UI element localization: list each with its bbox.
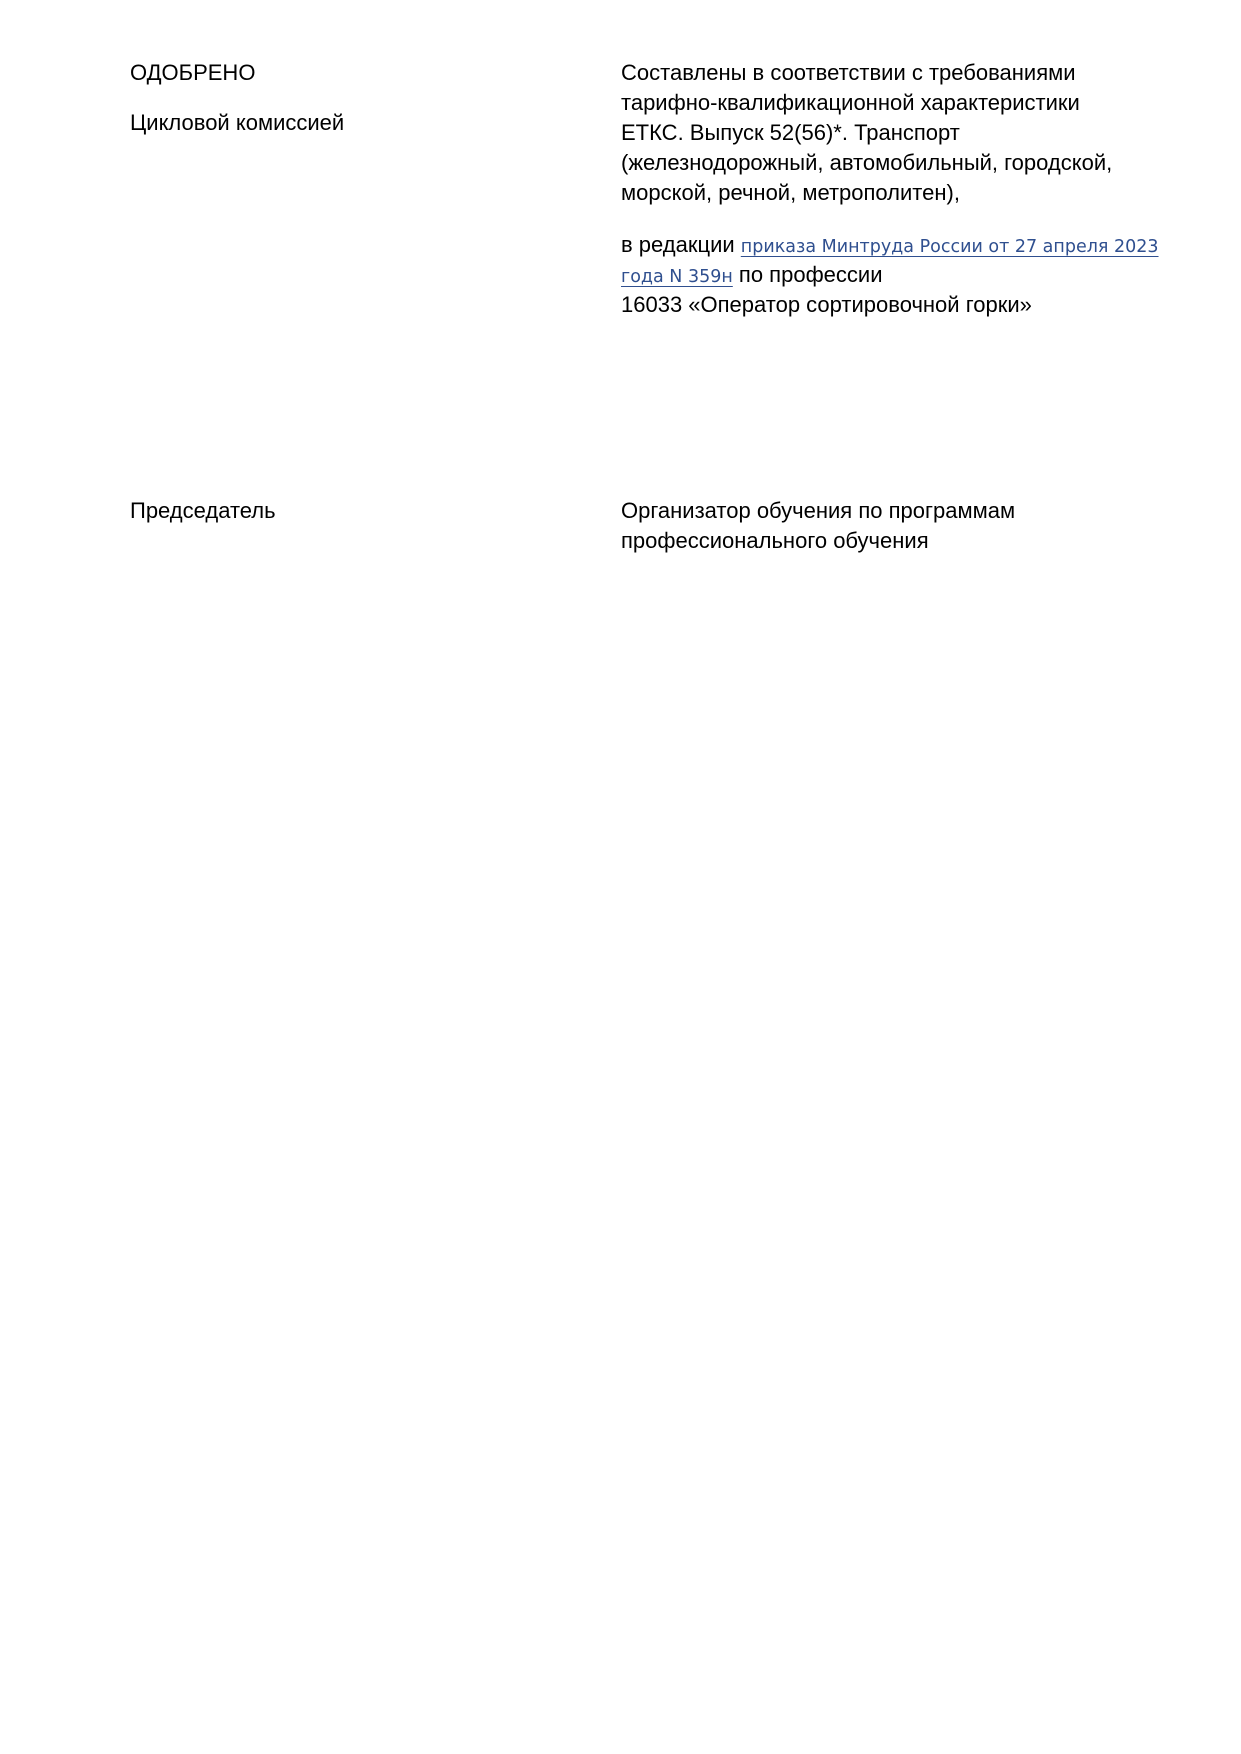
approved-label: ОДОБРЕНО bbox=[130, 58, 255, 88]
commission-label: Цикловой комиссией bbox=[130, 108, 344, 138]
compiled-line: ЕТКС. Выпуск 52(56)*. Транспорт bbox=[621, 118, 960, 148]
compiled-line: (железнодорожный, автомобильный, городск… bbox=[621, 148, 1112, 178]
order-link[interactable]: приказа Минтруда России от 27 апреля 202… bbox=[741, 237, 1159, 257]
order-link-continuation[interactable]: года N 359н bbox=[621, 267, 733, 287]
edition-line-2: года N 359н по профессии bbox=[621, 260, 882, 292]
profession-title: 16033 «Оператор сортировочной горки» bbox=[621, 290, 1032, 320]
edition-prefix: в редакции bbox=[621, 232, 735, 257]
edition-suffix: по профессии bbox=[739, 262, 883, 287]
compiled-line: тарифно-квалификационной характеристики bbox=[621, 88, 1080, 118]
edition-line: в редакции приказа Минтруда России от 27… bbox=[621, 230, 1159, 262]
chairman-label: Председатель bbox=[130, 496, 276, 526]
organizer-line: Организатор обучения по программам bbox=[621, 496, 1015, 526]
organizer-line: профессионального обучения bbox=[621, 526, 929, 556]
compiled-line: морской, речной, метрополитен), bbox=[621, 178, 960, 208]
compiled-line: Составлены в соответствии с требованиями bbox=[621, 58, 1076, 88]
